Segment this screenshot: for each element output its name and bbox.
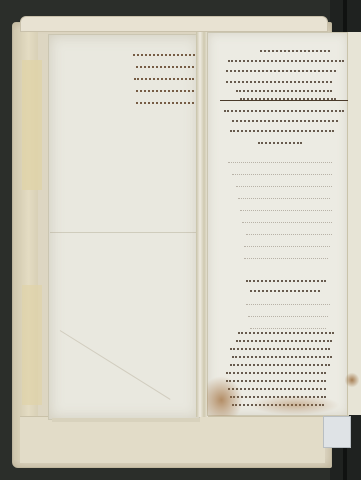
faint-line: [250, 326, 326, 329]
faint-line: [232, 172, 332, 175]
faint-line: [246, 232, 332, 235]
next-page-edge: [347, 32, 361, 415]
faint-line: [236, 184, 332, 187]
note-line: [134, 76, 194, 80]
text-line: [228, 58, 344, 62]
text-line: [230, 128, 334, 132]
text-line: [232, 118, 338, 122]
note-line: [136, 100, 194, 104]
note-line: [133, 52, 195, 56]
faint-line: [246, 302, 330, 305]
paper-yellowing-lower: [22, 285, 42, 405]
section-rule: [220, 100, 348, 101]
text-line: [246, 278, 326, 282]
folder-bottom-flap: [20, 416, 325, 463]
signature: [258, 140, 302, 144]
faint-line: [240, 208, 332, 211]
text-line: [236, 338, 332, 342]
text-line: [230, 346, 330, 350]
faint-line: [228, 160, 332, 163]
faint-line: [244, 256, 328, 259]
faint-line: [242, 220, 332, 223]
left-page-edge: [52, 418, 200, 422]
text-line: [232, 354, 332, 358]
faint-line: [238, 196, 330, 199]
text-line: [226, 68, 336, 72]
text-line: [260, 48, 330, 52]
paper-tab: [323, 416, 351, 448]
text-line: [250, 288, 320, 292]
water-stain-bottom: [250, 395, 340, 415]
water-stain: [207, 376, 243, 416]
note-line: [136, 64, 194, 68]
page-stack-top: [20, 16, 328, 32]
text-line: [230, 362, 330, 366]
text-line: [238, 330, 334, 334]
left-page-fold: [50, 232, 196, 233]
text-line: [236, 88, 332, 92]
text-line: [226, 79, 332, 83]
note-line: [136, 88, 194, 92]
text-line: [224, 108, 344, 112]
faint-line: [248, 314, 328, 317]
text-line: [226, 370, 326, 374]
faint-line: [244, 244, 330, 247]
paper-yellowing: [22, 60, 42, 190]
stain-spot: [345, 372, 359, 388]
